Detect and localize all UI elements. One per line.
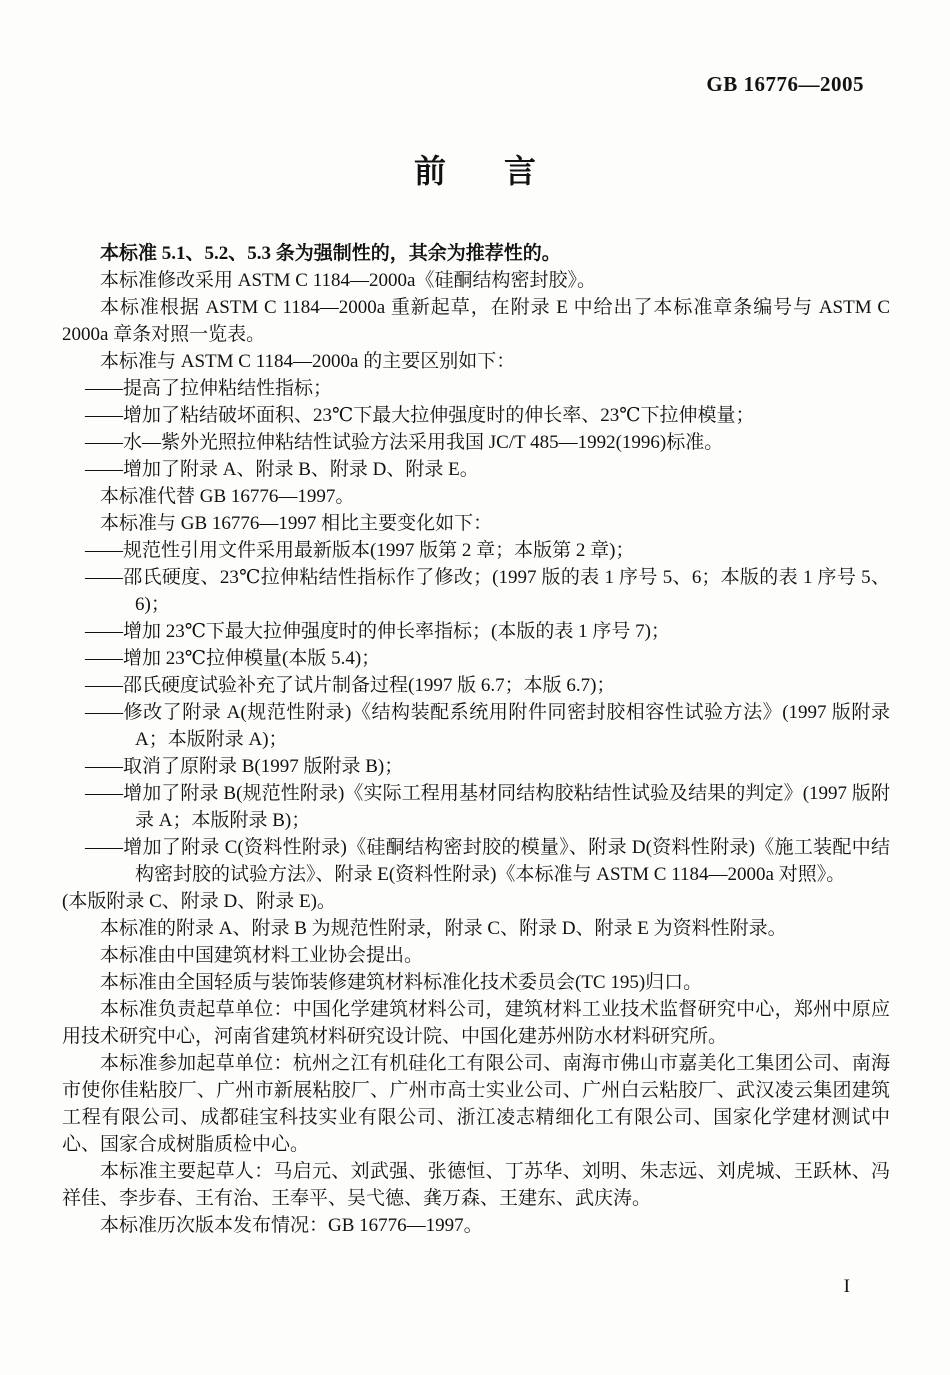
page-title: 前 言 xyxy=(0,152,950,190)
paragraph: 本标准负责起草单位：中国化学建筑材料公司，建筑材料工业技术监督研究中心，郑州中原… xyxy=(62,996,890,1050)
paragraph: ——取消了原附录 B(1997 版附录 B)； xyxy=(62,753,890,780)
paragraph: 本标准参加起草单位：杭州之江有机硅化工有限公司、南海市佛山市嘉美化工集团公司、南… xyxy=(62,1050,890,1158)
page-title-char-1: 前 xyxy=(414,152,446,190)
paragraph: ——增加了附录 C(资料性附录)《硅酮结构密封胶的模量》、附录 D(资料性附录)… xyxy=(62,834,890,888)
paragraph: 本标准 5.1、5.2、5.3 条为强制性的，其余为推荐性的。 xyxy=(62,240,890,267)
paragraph: ——增加了附录 B(规范性附录)《实际工程用基材同结构胶粘结性试验及结果的判定》… xyxy=(62,780,890,834)
paragraph: 本标准根据 ASTM C 1184—2000a 重新起草，在附录 E 中给出了本… xyxy=(62,294,890,348)
standard-number: GB 16776—2005 xyxy=(706,72,864,97)
paragraph: ——提高了拉伸粘结性指标； xyxy=(62,375,890,402)
paragraph: ——水—紫外光照拉伸粘结性试验方法采用我国 JC/T 485—1992(1996… xyxy=(62,429,890,456)
paragraph: ——规范性引用文件采用最新版本(1997 版第 2 章；本版第 2 章)； xyxy=(62,537,890,564)
paragraph: ——增加 23℃下最大拉伸强度时的伸长率指标；(本版的表 1 序号 7)； xyxy=(62,618,890,645)
paragraph: 本标准与 GB 16776—1997 相比主要变化如下： xyxy=(62,510,890,537)
paragraph: 本标准主要起草人：马启元、刘武强、张德恒、丁苏华、刘明、朱志远、刘虎城、王跃林、… xyxy=(62,1158,890,1212)
paragraph: 本标准的附录 A、附录 B 为规范性附录，附录 C、附录 D、附录 E 为资料性… xyxy=(62,915,890,942)
paragraph: 本标准代替 GB 16776—1997。 xyxy=(62,483,890,510)
paragraph: ——修改了附录 A(规范性附录)《结构装配系统用附件同密封胶相容性试验方法》(1… xyxy=(62,699,890,753)
paragraph: 本标准历次版本发布情况：GB 16776—1997。 xyxy=(62,1212,890,1239)
paragraph: 本标准由中国建筑材料工业协会提出。 xyxy=(62,942,890,969)
paragraph: ——增加了附录 A、附录 B、附录 D、附录 E。 xyxy=(62,456,890,483)
document-page: GB 16776—2005 前 言 本标准 5.1、5.2、5.3 条为强制性的… xyxy=(0,0,950,1375)
paragraph: ——邵氏硬度、23℃拉伸粘结性指标作了修改；(1997 版的表 1 序号 5、6… xyxy=(62,564,890,618)
paragraph: ——增加了粘结破坏面积、23℃下最大拉伸强度时的伸长率、23℃下拉伸模量； xyxy=(62,402,890,429)
paragraph: ——增加 23℃拉伸模量(本版 5.4)； xyxy=(62,645,890,672)
paragraph: (本版附录 C、附录 D、附录 E)。 xyxy=(62,888,890,915)
document-body: 本标准 5.1、5.2、5.3 条为强制性的，其余为推荐性的。本标准修改采用 A… xyxy=(62,240,890,1239)
page-title-char-2: 言 xyxy=(504,152,536,190)
paragraph: 本标准由全国轻质与装饰装修建筑材料标准化技术委员会(TC 195)归口。 xyxy=(62,969,890,996)
page-number: I xyxy=(844,1276,850,1298)
paragraph: 本标准修改采用 ASTM C 1184—2000a《硅酮结构密封胶》。 xyxy=(62,267,890,294)
paragraph: 本标准与 ASTM C 1184—2000a 的主要区别如下： xyxy=(62,348,890,375)
paragraph: ——邵氏硬度试验补充了试片制备过程(1997 版 6.7；本版 6.7)； xyxy=(62,672,890,699)
